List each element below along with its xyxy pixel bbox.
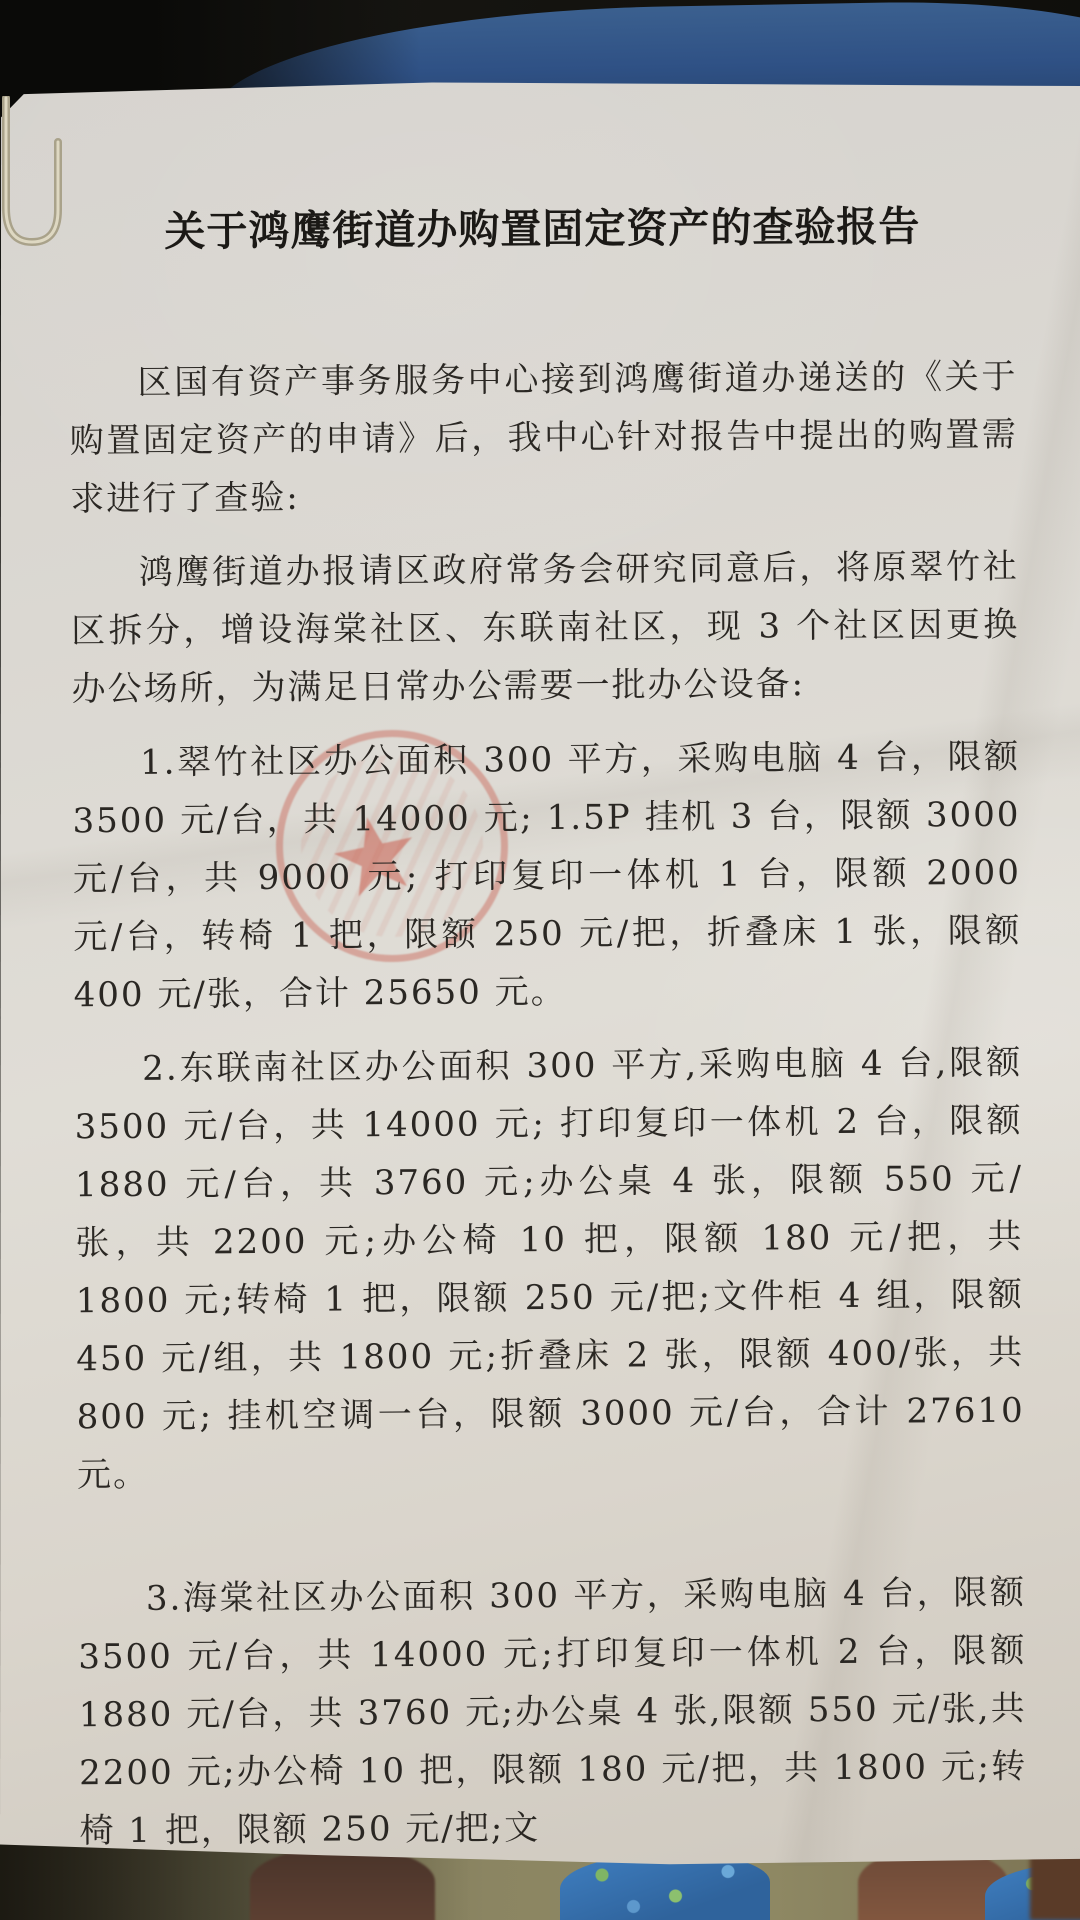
document-body: 关于鸿鹰街道办购置固定资产的查验报告 区国有资产事务服务中心接到鸿鹰街道办递送的… (68, 193, 1028, 1877)
paragraph-intro: 区国有资产事务服务中心接到鸿鹰街道办递送的《关于购置固定资产的申请》后，我中心针… (69, 348, 1018, 529)
paragraph-item-2: 2.东联南社区办公面积 300 平方,采购电脑 4 台,限额 3500 元/台，… (74, 1034, 1025, 1505)
document-title: 关于鸿鹰街道办购置固定资产的查验报告 (68, 193, 1016, 259)
paperclip-icon (0, 96, 68, 260)
paragraph-background: 鸿鹰街道办报请区政府常务会研究同意后，将原翠竹社区拆分，增设海棠社区、东联南社区… (71, 538, 1020, 719)
photo-scene: ★ 关于鸿鹰街道办购置固定资产的查验报告 区国有资产事务服务中心接到鸿鹰街道办递… (0, 0, 1080, 1920)
paragraph-item-1: 1.翠竹社区办公面积 300 平方，采购电脑 4 台，限额 3500 元/台，共… (72, 728, 1022, 1025)
paragraph-item-3: 3.海棠社区办公面积 300 平方，采购电脑 4 台，限额 3500 元/台，共… (78, 1564, 1028, 1861)
